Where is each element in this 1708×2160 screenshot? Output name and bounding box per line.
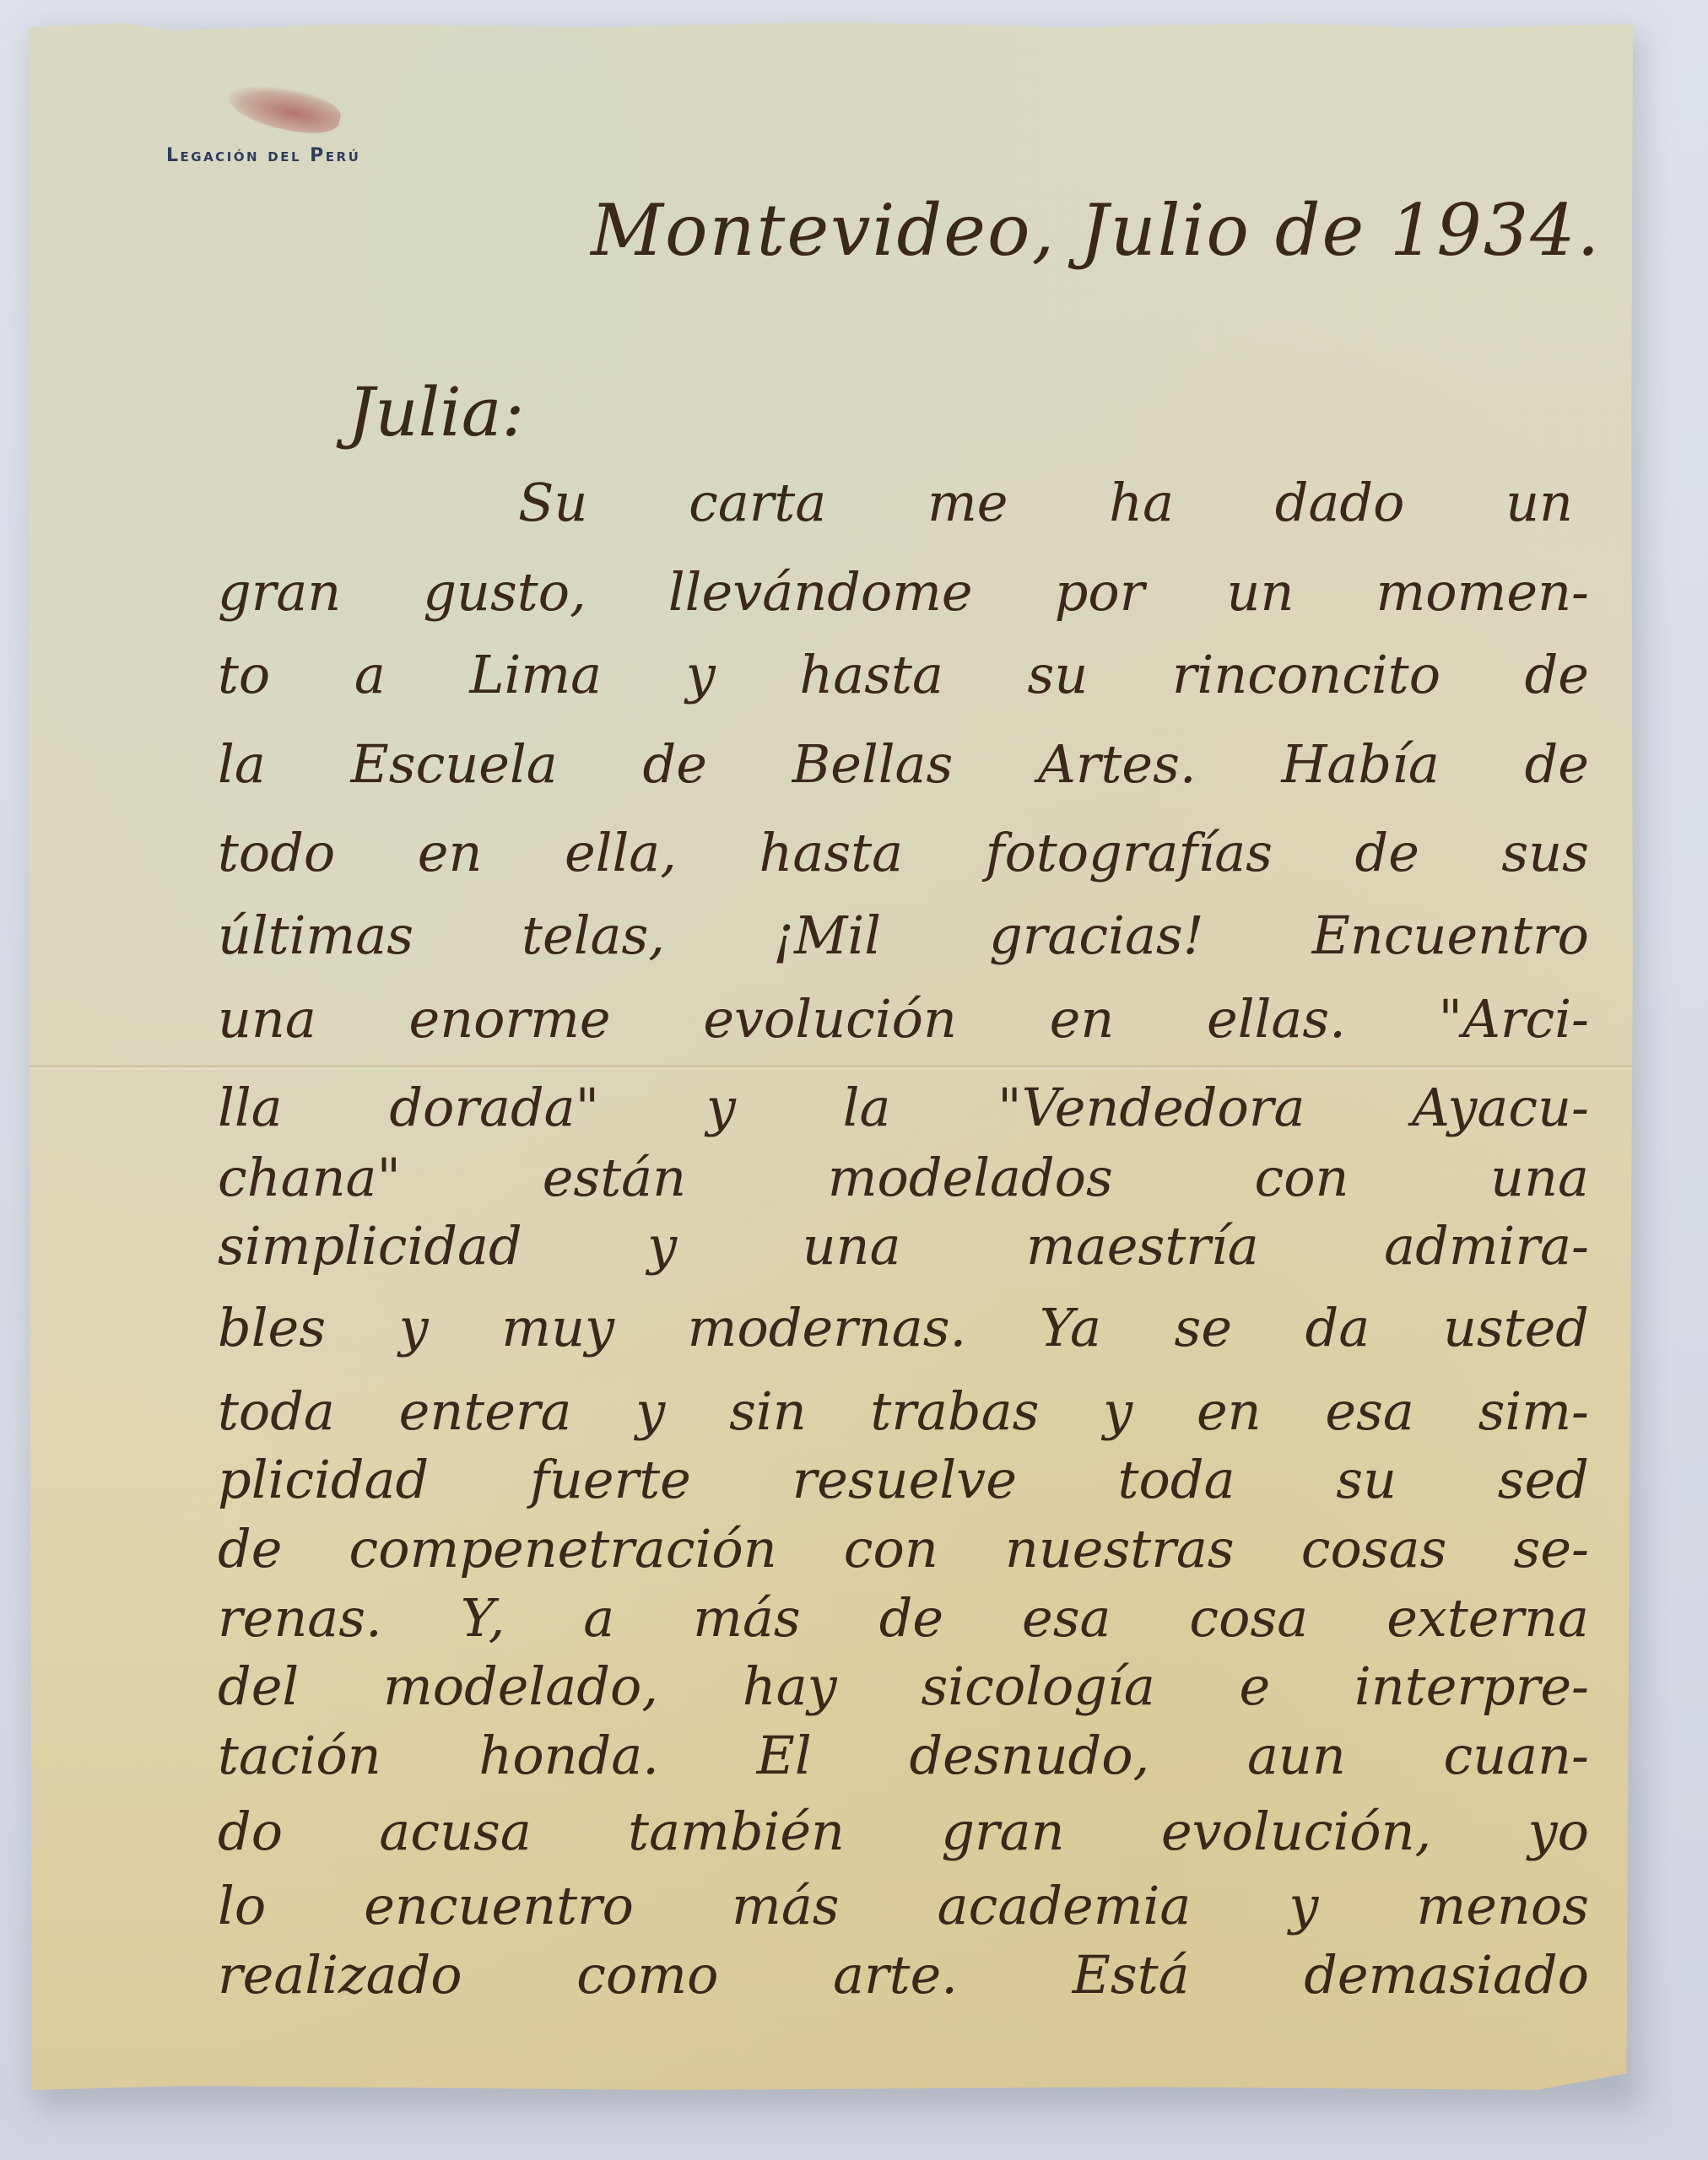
body-line: todo en ella, hasta fotografías de sus <box>218 827 1589 879</box>
letter-sheet: Legación del Perú Montevideo, Julio de 1… <box>29 21 1633 2090</box>
date-line: Montevideo, Julio de 1934. <box>591 195 1601 266</box>
salutation: Julia: <box>348 379 524 446</box>
body-line: toda entera y sin trabas y en esa sim- <box>218 1385 1589 1438</box>
body-line: tación honda. El desnudo, aun cuan- <box>218 1730 1589 1782</box>
body-line: chana" están modelados con una <box>218 1152 1589 1204</box>
body-line: lo encuentro más academia y menos <box>218 1880 1589 1932</box>
body-line: realizado como arte. Está demasiado <box>218 1949 1589 2001</box>
body-line: la Escuela de Bellas Artes. Había de <box>218 738 1589 791</box>
fold-crease <box>29 1065 1633 1070</box>
body-line: últimas telas, ¡Mil gracias! Encuentro <box>218 910 1589 962</box>
body-line: to a Lima y hasta su rinconcito de <box>218 649 1589 701</box>
body-line: Su carta me ha dado un <box>518 477 1573 529</box>
body-line: una enorme evolución en ellas. "Arci- <box>218 993 1589 1045</box>
body-line: simplicidad y una maestría admira- <box>218 1220 1589 1272</box>
body-line: de compenetración con nuestras cosas se- <box>218 1523 1589 1575</box>
body-line: lla dorada" y la "Vendedora Ayacu- <box>218 1082 1589 1134</box>
letterhead: Legación del Perú <box>166 145 360 166</box>
body-line: plicidad fuerte resuelve toda su sed <box>218 1454 1589 1506</box>
body-line: bles y muy modernas. Ya se da usted <box>218 1302 1589 1354</box>
body-line: gran gusto, llevándome por un momen- <box>218 566 1589 618</box>
body-line: do acusa también gran evolución, yo <box>218 1806 1589 1858</box>
body-line: del modelado, hay sicología e interpre- <box>218 1660 1589 1713</box>
body-line: renas. Y, a más de esa cosa externa <box>218 1592 1589 1644</box>
red-stain <box>224 77 343 140</box>
